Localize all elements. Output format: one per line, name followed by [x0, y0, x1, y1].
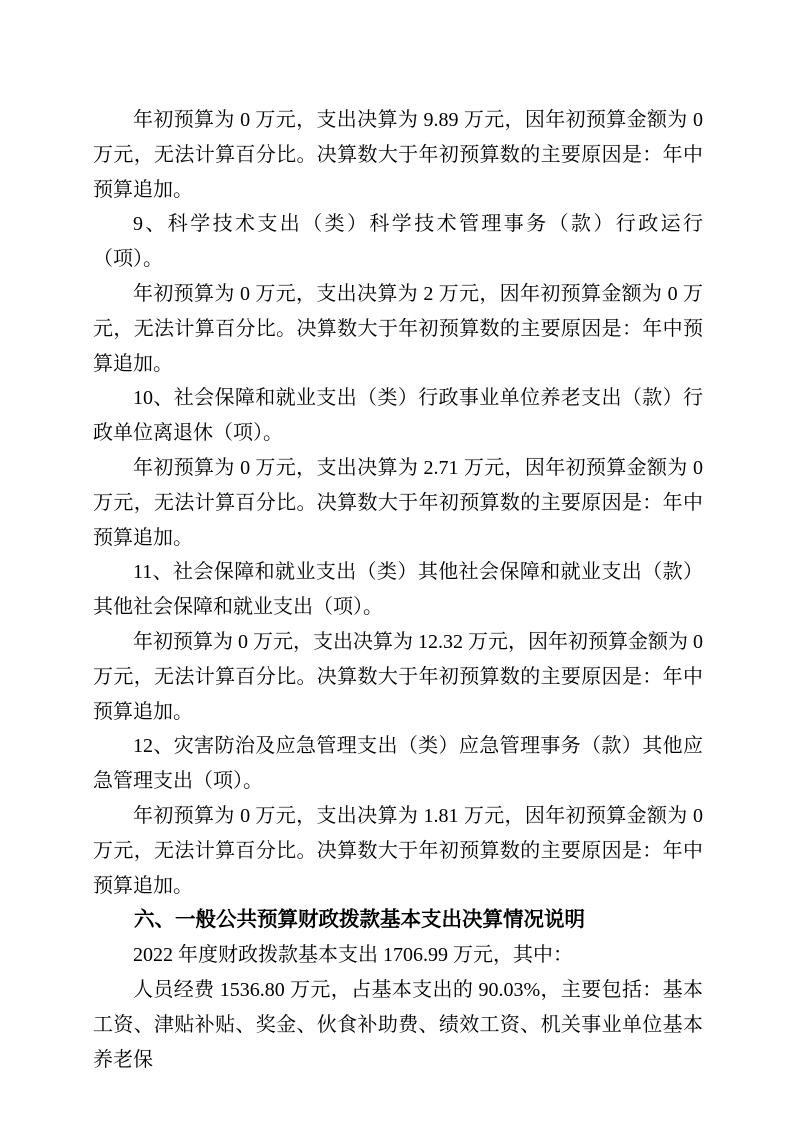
section-heading-six: 六、一般公共预算财政拨款基本支出决算情况说明 — [93, 903, 703, 938]
document-page: 年初预算为 0 万元，支出决算为 9.89 万元，因年初预算金额为 0 万元，无… — [0, 0, 793, 1122]
document-body: 年初预算为 0 万元，支出决算为 9.89 万元，因年初预算金额为 0 万元，无… — [93, 103, 703, 1077]
paragraph-budget-note-12-32: 年初预算为 0 万元，支出决算为 12.32 万元，因年初预算金额为 0 万元，… — [93, 625, 703, 729]
paragraph-budget-note-2-71: 年初预算为 0 万元，支出决算为 2.71 万元，因年初预算金额为 0 万元，无… — [93, 451, 703, 555]
paragraph-budget-note-2: 年初预算为 0 万元，支出决算为 2 万元，因年初预算金额为 0 万元，无法计算… — [93, 277, 703, 381]
paragraph-item-9: 9、科学技术支出（类）科学技术管理事务（款）行政运行（项）。 — [93, 207, 703, 277]
paragraph-budget-note-1-81: 年初预算为 0 万元，支出决算为 1.81 万元，因年初预算金额为 0 万元，无… — [93, 799, 703, 903]
paragraph-item-10: 10、社会保障和就业支出（类）行政事业单位养老支出（款）行政单位离退休（项）。 — [93, 381, 703, 451]
paragraph-basic-expense-total: 2022 年度财政拨款基本支出 1706.99 万元，其中： — [93, 938, 703, 973]
paragraph-item-11: 11、社会保障和就业支出（类）其他社会保障和就业支出（款）其他社会保障和就业支出… — [93, 555, 703, 625]
paragraph-item-12: 12、灾害防治及应急管理支出（类）应急管理事务（款）其他应急管理支出（项）。 — [93, 729, 703, 799]
paragraph-personnel-expense: 人员经费 1536.80 万元，占基本支出的 90.03%，主要包括：基本工资、… — [93, 973, 703, 1077]
paragraph-budget-note-9-89: 年初预算为 0 万元，支出决算为 9.89 万元，因年初预算金额为 0 万元，无… — [93, 103, 703, 207]
